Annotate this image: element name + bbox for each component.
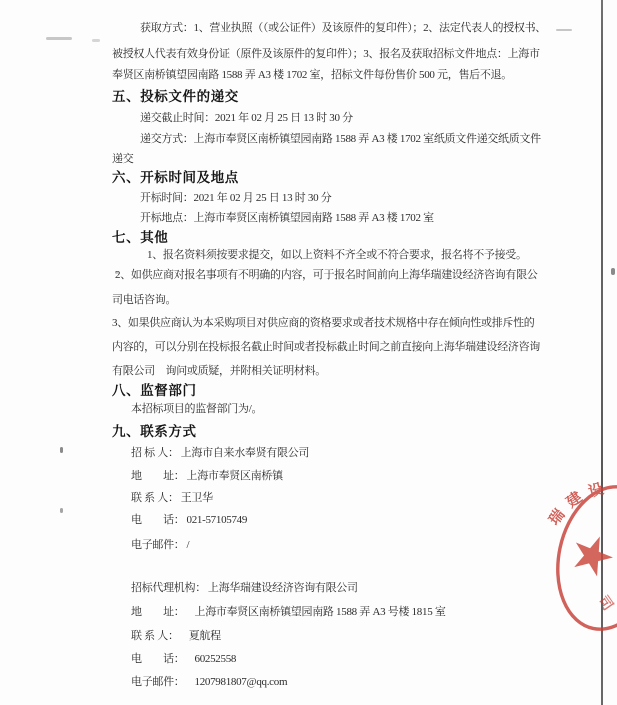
tenderer-contact-label: 联 系 人： [131, 492, 179, 504]
seal-arc-char-fragment: 瑞 [546, 506, 568, 528]
agency-phone-value: 60252558 [195, 653, 237, 665]
agency-contact-row: 联 系 人：夏航程 [131, 627, 221, 643]
agency-name-label: 招标代理机构： [131, 582, 206, 594]
tenderer-email-row: 电子邮件：/ [131, 536, 189, 552]
tenderer-phone-label: 电 话： [131, 514, 185, 526]
scan-smudge [556, 29, 572, 31]
section8-body: 本招标项目的监督部门为/。 [131, 400, 262, 416]
scan-speck [60, 508, 63, 513]
agency-name-value: 上海华瑞建设经济咨询有限公司 [208, 582, 358, 594]
section5-deadline: 递交截止时间：2021 年 02 月 25 日 13 时 30 分 [140, 109, 353, 125]
section5-method-line-1: 递交方式：上海市奉贤区南桥镇望园南路 1588 弄 A3 楼 1702 室纸质文… [140, 130, 541, 146]
section6-time: 开标时间：2021 年 02 月 25 日 13 时 30 分 [140, 189, 331, 205]
tenderer-contact-value: 王卫华 [181, 492, 213, 504]
intro-line-1: 获取方式：1、营业执照（（或公证件）及该原件的复印件）；2、法定代表人的授权书、 [140, 19, 546, 35]
seal-bottom-char-fragment: 司 [595, 593, 617, 614]
tenderer-phone-row: 电 话：021-57105749 [131, 511, 247, 527]
agency-address-value: 上海市奉贤区南桥镇望园南路 1588 弄 A3 号楼 1815 室 [195, 606, 446, 618]
section7-item3-line-2: 内容的，可以分别在投标报名截止时间或者投标截止时间之前直接向上海华瑞建设经济咨询 [112, 338, 540, 354]
agency-email-row: 电子邮件：1207981807@qq.com [131, 673, 287, 689]
agency-name-row: 招标代理机构：上海华瑞建设经济咨询有限公司 [131, 579, 358, 595]
scan-smudge [46, 37, 72, 40]
tenderer-contact-row: 联 系 人：王卫华 [131, 489, 213, 505]
agency-address-label: 地 址： [131, 606, 185, 618]
agency-email-value: 1207981807@qq.com [195, 676, 288, 688]
section5-method-line-2: 递交 [112, 150, 133, 166]
section7-item3-line-1: 3、如果供应商认为本采购项目对供应商的资格要求或者技术规格中存在倾向性或排斥性的 [112, 314, 535, 330]
seal-arc-char: 建 [563, 489, 585, 512]
section6-place: 开标地点：上海市奉贤区南桥镇望园南路 1588 弄 A3 楼 1702 室 [140, 209, 434, 225]
scan-smudge [92, 39, 100, 42]
section5-heading: 五、投标文件的递交 [112, 85, 239, 105]
scan-speck [611, 268, 615, 275]
agency-address-row: 地 址：上海市奉贤区南桥镇望园南路 1588 弄 A3 号楼 1815 室 [131, 603, 446, 619]
tenderer-email-value: / [187, 539, 190, 551]
agency-contact-label: 联 系 人： [131, 630, 179, 642]
intro-line-2: 被授权人代表有效身份证（原件及该原件的复印件）；3、报名及获取招标文件地点：上海… [112, 45, 540, 61]
scanned-document-page: 获取方式：1、营业执照（（或公证件）及该原件的复印件）；2、法定代表人的授权书、… [0, 0, 617, 705]
agency-email-label: 电子邮件： [131, 676, 185, 688]
intro-line-3: 奉贤区南桥镇望园南路 1588 弄 A3 楼 1702 室，招标文件每份售价 5… [112, 66, 512, 82]
agency-phone-row: 电 话：60252558 [131, 650, 236, 666]
tenderer-name-label: 招 标 人： [131, 447, 179, 459]
tenderer-address-value: 上海市奉贤区南桥镇 [187, 470, 283, 482]
section8-heading: 八、监督部门 [112, 379, 197, 399]
scan-speck [60, 447, 63, 453]
section6-heading: 六、开标时间及地点 [112, 166, 239, 186]
section9-heading: 九、联系方式 [112, 420, 197, 440]
tenderer-email-label: 电子邮件： [131, 539, 185, 551]
section7-item1: 1、报名资料须按要求提交，如以上资料不齐全或不符合要求，报名将不予接受。 [147, 246, 527, 262]
section7-item2-line-2: 司电话咨询。 [112, 291, 176, 307]
company-seal-stamp: 瑞 建 设 司 [546, 476, 617, 642]
tenderer-phone-value: 021-57105749 [187, 514, 248, 526]
tenderer-address-row: 地 址：上海市奉贤区南桥镇 [131, 467, 283, 483]
section7-heading: 七、其他 [112, 226, 168, 246]
tenderer-name-row: 招 标 人：上海市自来水奉贤有限公司 [131, 444, 309, 460]
seal-star-icon [567, 529, 617, 579]
section7-item2-line-1: 2、如供应商对报名事项有不明确的内容，可于报名时间前向上海华瑞建设经济咨询有限公 [115, 266, 538, 282]
section7-item3-line-3: 有限公司 询问或质疑，并附相关证明材料。 [112, 362, 326, 378]
tenderer-address-label: 地 址： [131, 470, 185, 482]
agency-contact-value: 夏航程 [189, 630, 221, 642]
agency-phone-label: 电 话： [131, 653, 185, 665]
tenderer-name-value: 上海市自来水奉贤有限公司 [181, 447, 309, 459]
